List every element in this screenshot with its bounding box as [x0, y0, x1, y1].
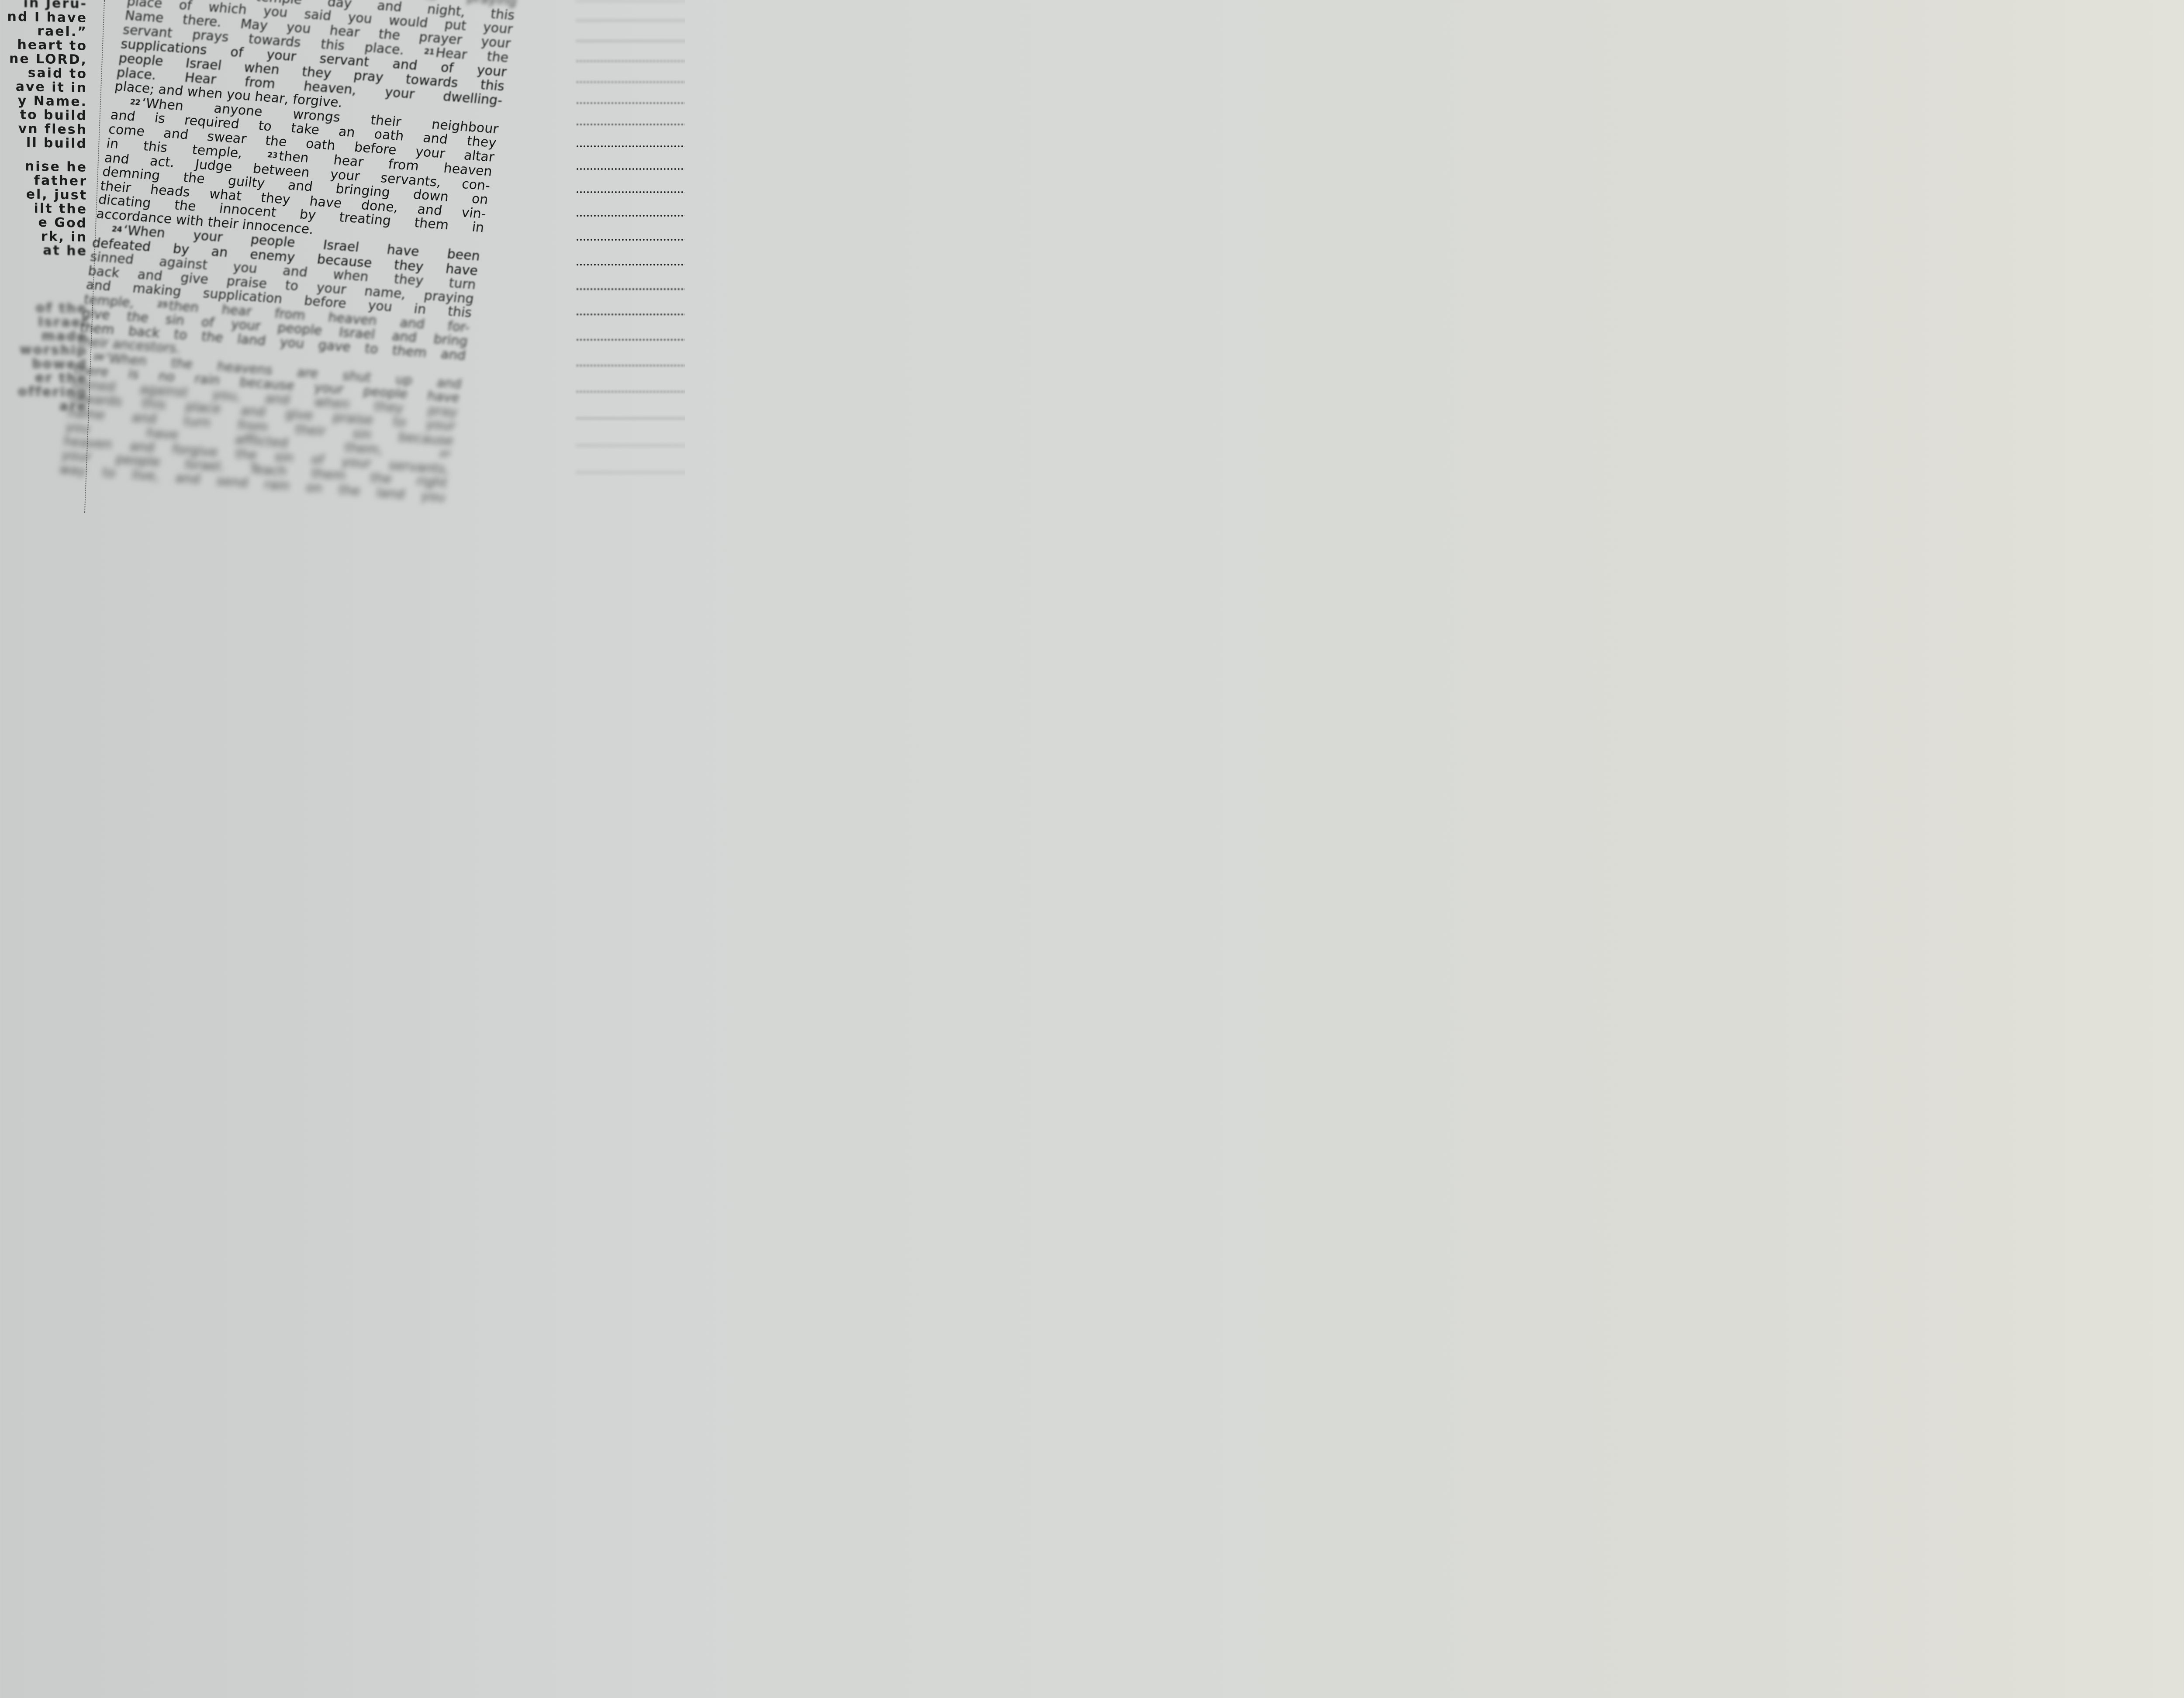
bible-page-photo: in Jeru- nd I have rael.” heart to ne LO…: [0, 0, 685, 514]
left-line: said to: [0, 66, 87, 81]
note-dotted-line: [577, 365, 685, 366]
left-line: e God: [0, 215, 87, 231]
left-line: rael.”: [0, 24, 87, 39]
left-line: el, just: [0, 187, 87, 203]
note-dotted-line: [577, 391, 685, 393]
verse-number: 25: [157, 300, 168, 310]
note-dotted-line: [577, 288, 685, 290]
note-dotted-line: [577, 215, 685, 217]
note-dotted-line: [577, 314, 685, 315]
left-line: Israel: [0, 314, 87, 330]
left-line: nd I have: [0, 10, 87, 25]
note-dotted-line: [577, 124, 685, 125]
note-dotted-line: [577, 0, 685, 2]
note-dotted-line: [577, 102, 685, 104]
note-dotted-line: [577, 264, 685, 266]
left-line: made: [0, 328, 87, 344]
verse-number: 22: [130, 97, 141, 107]
left-line: rk, in: [0, 229, 87, 245]
note-dotted-line: [577, 339, 685, 341]
left-line: y Name.: [0, 93, 87, 109]
note-dotted-line: [577, 445, 685, 446]
note-dotted-line: [577, 418, 685, 419]
left-line: to build: [0, 107, 87, 123]
left-line: ave it in: [0, 79, 87, 95]
note-dotted-line: [577, 472, 685, 473]
left-line: in Jeru-: [0, 0, 87, 11]
note-dotted-line: [577, 81, 685, 83]
left-line: ne LORD,: [0, 52, 87, 67]
left-line: of the: [0, 300, 87, 316]
note-dotted-line: [577, 239, 685, 241]
note-dotted-line: [577, 20, 685, 21]
left-line: ilt the: [0, 201, 87, 217]
note-dotted-line: [577, 60, 685, 62]
left-line: worship: [0, 342, 87, 358]
left-line: at he: [0, 243, 87, 259]
note-dotted-line: [577, 40, 685, 42]
left-line: nise he: [0, 159, 87, 175]
verse-number: 24: [111, 225, 122, 235]
left-line: ll build: [0, 135, 87, 151]
left-line: vn flesh: [0, 121, 87, 137]
verse-number: 26: [93, 353, 104, 362]
left-text-column: in Jeru- nd I have rael.” heart to ne LO…: [0, 0, 87, 414]
verse-number: 23: [267, 151, 278, 160]
main-text-column: presence. That your servant is praying t…: [59, 0, 518, 505]
note-dotted-line: [577, 191, 685, 193]
note-dotted-line: [577, 145, 685, 147]
left-line: father: [0, 173, 87, 189]
note-dotted-line: [577, 168, 685, 170]
verse-number: 27: [439, 450, 450, 459]
verse-number: 21: [423, 48, 435, 57]
